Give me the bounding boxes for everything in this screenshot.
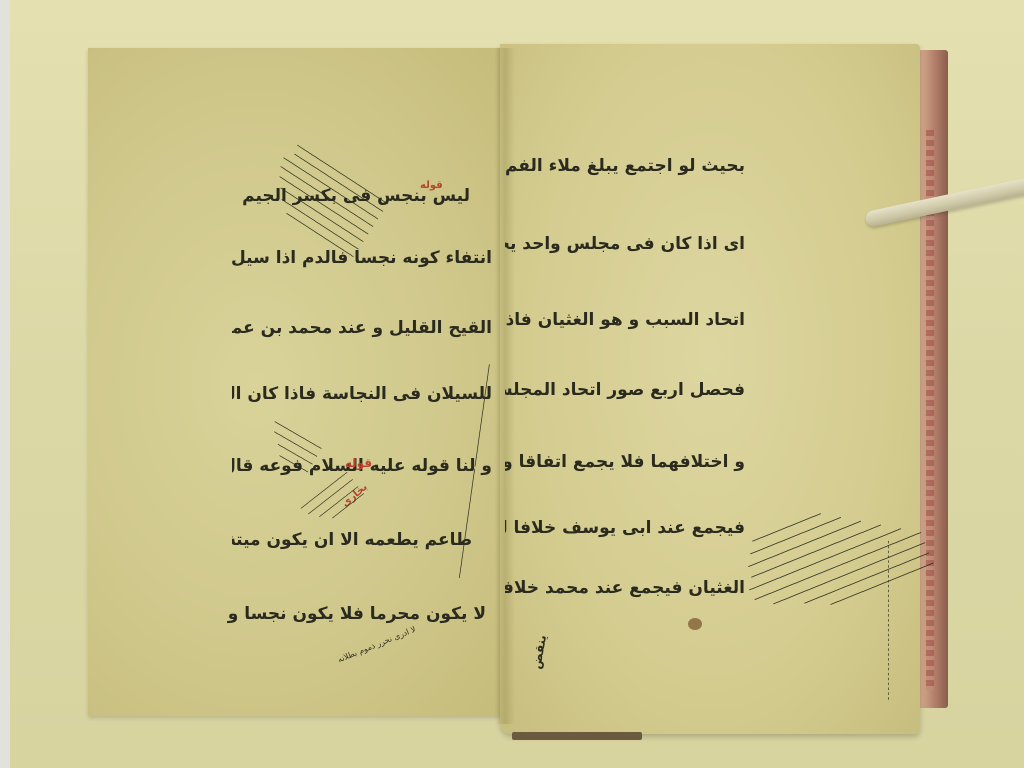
left-line-3: القیح القلیل و عند محمد بن عمر و ابیه ال… <box>232 318 492 338</box>
rubric-2: قوله <box>345 456 372 470</box>
book-spine-bottom <box>512 732 642 740</box>
right-edge-marginalia: ـ ـ ـ ـ ـ ـ ـ ـ ـ ـ ـ ـ ـ ـ ـ ـ ـ ـ ـ ـ … <box>884 60 904 700</box>
left-line-7: لا یکون محرما فلا یکون نجسا و الدم التی … <box>226 604 486 624</box>
rubric-1: قوله <box>420 180 443 191</box>
right-line-4: فحصل اربع صور اتحاد المجلس و الغثیان یجم… <box>505 380 745 400</box>
right-line-6: فیجمع عند ابی یوسف خلافا لمحمد و اختلاف … <box>505 518 745 538</box>
left-line-2: انتفاء کونه نجسا فالدم اذا سیل عن راس ال… <box>232 248 492 268</box>
ink-stain <box>688 618 702 630</box>
right-line-2: ای اذا کان فی مجلس واحد یجمع فیلو فنا قض… <box>505 234 745 254</box>
open-manuscript: ــــــــــــــــــــــــــــــــــــــــ… <box>0 0 1024 768</box>
right-line-5: و اختلافهما فلا یجمع اتفاقا و اتحاد المج… <box>505 452 745 472</box>
right-line-1: بحیث لو اجتمع یبلغ ملاء الفم فابی یوسف ی… <box>505 156 745 176</box>
right-line-3: اتحاد السبب و هو الغثیان فاذا کان بغثیان… <box>505 310 745 330</box>
